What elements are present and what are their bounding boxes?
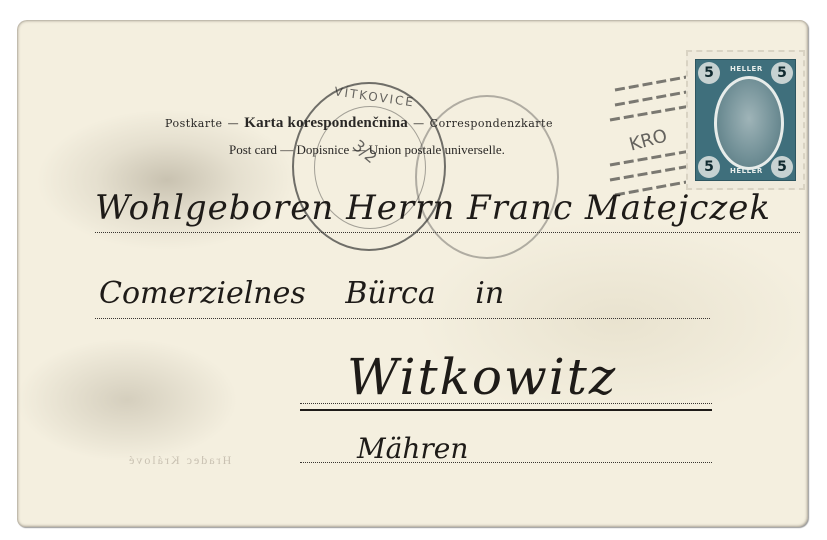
stamp-word-bottom: HELLER	[730, 167, 763, 175]
address-line-4: Mähren	[357, 432, 468, 465]
address-underline	[300, 409, 712, 411]
address-line-2: Comerzielnes Bürca in	[99, 276, 504, 311]
postcard: Hradec Králové Postkarte — Karta korespo…	[17, 20, 808, 527]
address-rule-1	[95, 232, 800, 233]
header-separator: —	[228, 117, 240, 130]
stamp-frame: 5 5 5 5 HELLER HELLER	[695, 59, 796, 181]
address-rule-2	[95, 318, 710, 319]
stamp-value-bl: 5	[698, 156, 720, 178]
address-line-3: Witkowitz	[347, 348, 617, 406]
postage-stamp: 5 5 5 5 HELLER HELLER	[686, 50, 805, 190]
header-postkarte: Postkarte	[165, 117, 223, 130]
postmark-secondary	[415, 95, 559, 259]
stamp-value-tl: 5	[698, 62, 720, 84]
address-line-1: Wohlgeboren Herrn Franc Matejczek	[95, 188, 771, 228]
stamp-value-tr: 5	[771, 62, 793, 84]
stamp-value-br: 5	[771, 156, 793, 178]
emperor-portrait	[714, 76, 784, 170]
stamp-word-top: HELLER	[730, 65, 763, 73]
bleed-through-text: Hradec Králové	[127, 453, 231, 468]
header-post-card: Post card	[229, 142, 277, 157]
header-separator: —	[280, 142, 293, 157]
